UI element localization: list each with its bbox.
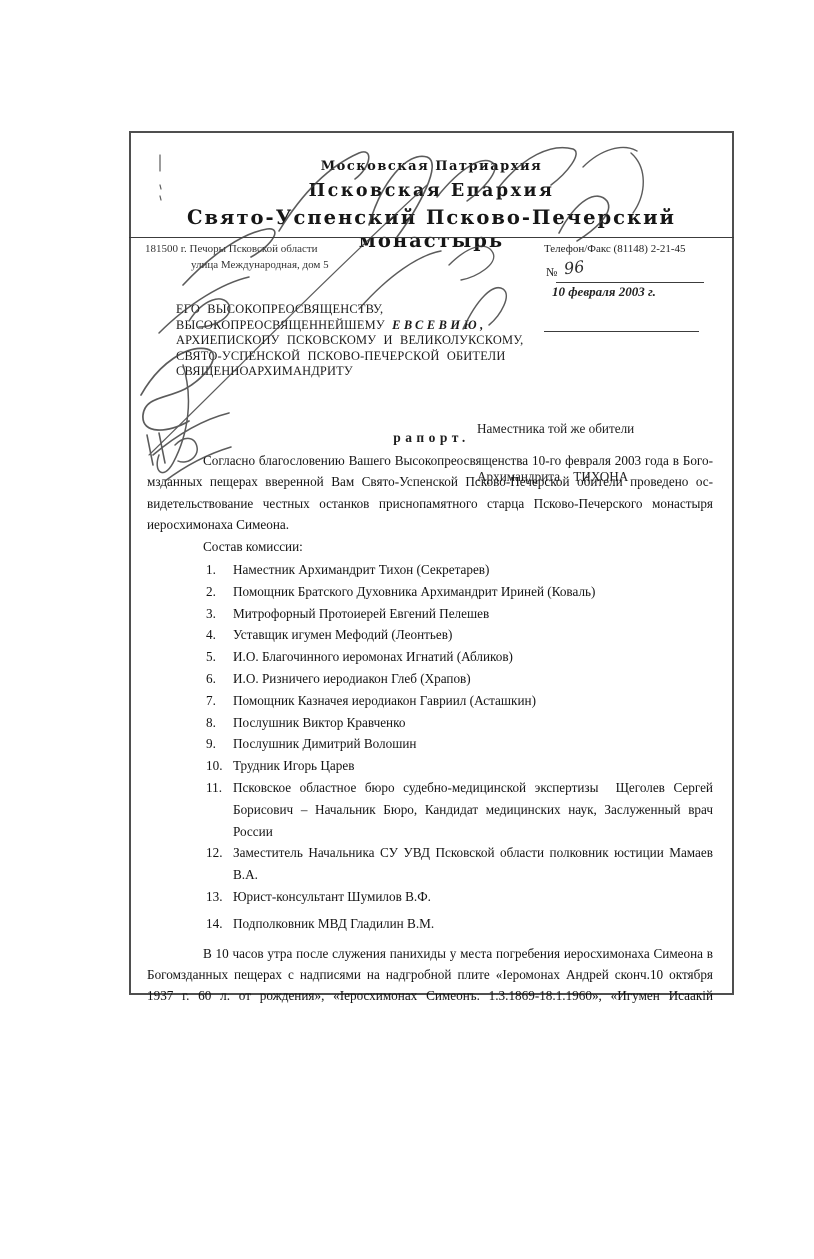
recipient-line: ЕГО ВЫСОКОПРЕОСВЯЩЕНСТВУ, (176, 302, 523, 318)
recipient-block: ЕГО ВЫСОКОПРЕОСВЯЩЕНСТВУ, ВЫСОКОПРЕОСВЯЩ… (176, 302, 523, 380)
recipient-title: ВЫСОКОПРЕОСВЯЩЕННЕЙШЕМУ (176, 318, 392, 332)
commission-item-text: Наместник Архимандрит Тихон (Секретарев) (224, 559, 713, 581)
commission-item: 2. Помощник Братского Духовника Архиманд… (147, 581, 713, 603)
paragraph-line: иеросхимонаха Симеона. (147, 514, 713, 535)
commission-item: 11. Псковское областное бюро судебно-мед… (147, 777, 713, 842)
commission-item: 9. Послушник Димитрий Волошин (147, 733, 713, 755)
document-date: 10 февраля 2003 г. (552, 284, 656, 299)
commission-item-number: 1. (206, 559, 224, 581)
scanned-document-page: Московская Патриархия Псковская Епархия … (129, 131, 734, 995)
letterhead-contact-block: Телефон/Факс (81148) 2-21-45 № 96 10 фев… (544, 243, 716, 300)
commission-item-text: И.О. Ризничего иеродиакон Глеб (Храпов) (224, 668, 713, 690)
commission-item-number: 14. (206, 913, 224, 935)
recipient-name: ЕВСЕВИЮ, (392, 318, 487, 332)
commission-item-number: 12. (206, 842, 224, 886)
recipient-line: ВЫСОКОПРЕОСВЯЩЕННЕЙШЕМУ ЕВСЕВИЮ, (176, 318, 523, 334)
commission-heading: Состав комиссии: (147, 536, 713, 557)
commission-list: 1. Наместник Архимандрит Тихон (Секретар… (147, 559, 713, 935)
commission-item-number: 8. (206, 712, 224, 734)
commission-item-number: 10. (206, 755, 224, 777)
document-number-handwritten: 96 (563, 257, 586, 278)
commission-item-number: 2. (206, 581, 224, 603)
commission-item: 3. Митрофорный Протоиерей Евгений Пелеше… (147, 603, 713, 625)
document-body: Согласно благословению Вашего Высокопрео… (147, 450, 713, 1007)
commission-item-number: 5. (206, 646, 224, 668)
commission-item: 10. Трудник Игорь Царев (147, 755, 713, 777)
commission-item: 4. Уставщик игумен Мефодий (Леонтьев) (147, 624, 713, 646)
address-line2: улица Международная, дом 5 (191, 259, 329, 271)
commission-item-text: Помощник Братского Духовника Архимандрит… (224, 581, 713, 603)
paragraph-2: В 10 часов утра после служения панихиды … (147, 943, 713, 1007)
recipient-line: СВЯЩЕННОАРХИМАНДРИТУ (176, 364, 523, 380)
recipient-line: СВЯТО-УСПЕНСКОЙ ПСКОВО-ПЕЧЕРСКОЙ ОБИТЕЛИ (176, 349, 523, 365)
document-title: рапорт. (131, 430, 732, 446)
number-underline (556, 282, 704, 283)
paragraph-1: Согласно благословению Вашего Высокопрео… (147, 450, 713, 536)
recipient-line: АРХИЕПИСКОПУ ПСКОВСКОМУ И ВЕЛИКОЛУКСКОМУ… (176, 333, 523, 349)
commission-item-number: 9. (206, 733, 224, 755)
commission-item-text: И.О. Благочинного иеромонах Игнатий (Абл… (224, 646, 713, 668)
header-eparchy: Псковская Епархия (131, 181, 732, 201)
monastery-address: 181500 г. Печоры Псковской области улица… (145, 243, 329, 271)
paragraph-line: 1937 г. 60 л. от рождения», «Іеросхимона… (147, 985, 713, 1006)
date-underline (544, 331, 699, 332)
commission-item-number: 13. (206, 886, 224, 908)
commission-item: 6. И.О. Ризничего иеродиакон Глеб (Храпо… (147, 668, 713, 690)
commission-item-text: Трудник Игорь Царев (224, 755, 713, 777)
address-line1: 181500 г. Печоры Псковской области (145, 243, 329, 255)
paragraph-line: В 10 часов утра после служения панихиды … (147, 943, 713, 964)
date-row: 10 февраля 2003 г. (544, 284, 716, 300)
paragraph-line: видетельствование честных останков присн… (147, 493, 713, 514)
commission-item-text: Псковское областное бюро судебно-медицин… (224, 777, 713, 842)
commission-item: 7. Помощник Казначея иеродиакон Гавриил … (147, 690, 713, 712)
commission-item-text: Подполковник МВД Гладилин В.М. (224, 913, 713, 935)
letterhead-header: Московская Патриархия Псковская Епархия … (131, 159, 732, 252)
paragraph-line: Богомзданных пещерах с надписями на надг… (147, 964, 713, 985)
commission-item: 14. Подполковник МВД Гладилин В.М. (147, 913, 713, 935)
numero-label: № (546, 265, 557, 280)
commission-item-number: 11. (206, 777, 224, 842)
commission-item-text: Юрист-консультант Шумилов В.Ф. (224, 886, 713, 908)
commission-item-text: Митрофорный Протоиерей Евгений Пелешев (224, 603, 713, 625)
header-patriarchate: Московская Патриархия (131, 159, 732, 174)
header-divider-line (129, 237, 734, 238)
commission-item-text: Помощник Казначея иеродиакон Гавриил (Ас… (224, 690, 713, 712)
paragraph-line: Согласно благословению Вашего Высокопрео… (147, 450, 713, 471)
commission-item-text: Заместитель Начальника СУ УВД Псковской … (224, 842, 713, 886)
paragraph-line: мзданных пещерах вверенной Вам Свято-Усп… (147, 471, 713, 492)
commission-item-number: 7. (206, 690, 224, 712)
commission-item-number: 4. (206, 624, 224, 646)
commission-item: 8. Послушник Виктор Кравченко (147, 712, 713, 734)
commission-item-text: Послушник Димитрий Волошин (224, 733, 713, 755)
commission-item-text: Послушник Виктор Кравченко (224, 712, 713, 734)
commission-item: 13. Юрист-консультант Шумилов В.Ф. (147, 886, 713, 908)
commission-item: 1. Наместник Архимандрит Тихон (Секретар… (147, 559, 713, 581)
commission-item: 5. И.О. Благочинного иеромонах Игнатий (… (147, 646, 713, 668)
commission-item-number: 6. (206, 668, 224, 690)
commission-item-number: 3. (206, 603, 224, 625)
commission-item: 12. Заместитель Начальника СУ УВД Псковс… (147, 842, 713, 886)
document-number-row: № 96 (544, 261, 716, 283)
commission-item-text: Уставщик игумен Мефодий (Леонтьев) (224, 624, 713, 646)
phone-fax: Телефон/Факс (81148) 2-21-45 (544, 243, 716, 255)
